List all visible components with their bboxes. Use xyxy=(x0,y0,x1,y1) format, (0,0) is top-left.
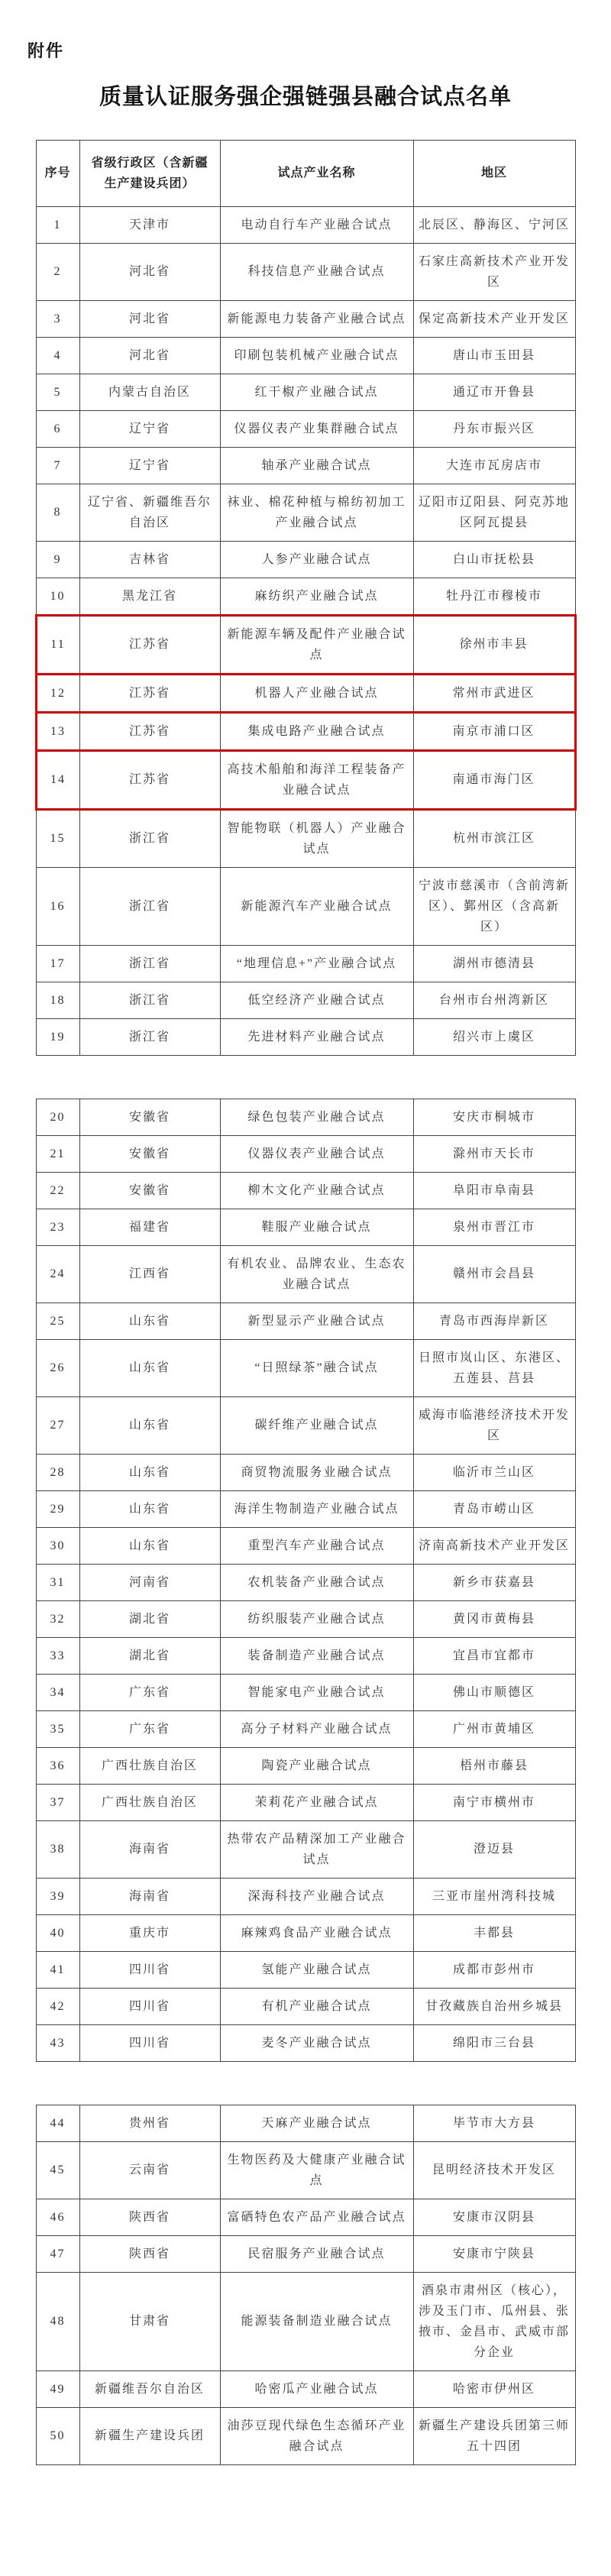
table-row: 11江苏省新能源车辆及配件产业融合试点徐州市丰县 xyxy=(36,615,575,674)
industry-cell: 先进材料产业融合试点 xyxy=(220,1018,413,1055)
industry-cell: 热带农产品精深加工产业融合试点 xyxy=(220,1820,413,1878)
region-cell: 丹东市振兴区 xyxy=(413,410,575,447)
province-cell: 安徽省 xyxy=(79,1135,220,1172)
region-cell: 牡丹江市穆棱市 xyxy=(413,578,575,615)
row-number-cell: 36 xyxy=(36,1747,79,1784)
province-cell: 河北省 xyxy=(79,243,220,300)
region-cell: 南宁市横州市 xyxy=(413,1784,575,1820)
row-number-cell: 10 xyxy=(36,578,79,615)
table-row: 19浙江省先进材料产业融合试点绍兴市上虞区 xyxy=(36,1018,575,1055)
province-cell: 浙江省 xyxy=(79,982,220,1018)
province-cell: 新疆生产建设兵团 xyxy=(79,2407,220,2464)
table-row: 47陕西省民宿服务产业融合试点安康市宁陕县 xyxy=(36,2235,575,2272)
row-number-cell: 48 xyxy=(36,2272,79,2371)
region-cell: 石家庄高新技术产业开发区 xyxy=(413,243,575,300)
industry-cell: 新能源电力装备产业融合试点 xyxy=(220,300,413,337)
table-row: 22安徽省柳木文化产业融合试点阜阳市阜南县 xyxy=(36,1172,575,1209)
region-cell: 保定高新技术产业开发区 xyxy=(413,300,575,337)
province-cell: 内蒙古自治区 xyxy=(79,374,220,410)
row-number-cell: 12 xyxy=(36,674,79,712)
province-cell: 安徽省 xyxy=(79,1172,220,1209)
region-cell: 台州市台州湾新区 xyxy=(413,982,575,1018)
industry-cell: 麦冬产业融合试点 xyxy=(220,2024,413,2061)
row-number-cell: 30 xyxy=(36,1527,79,1564)
table-row: 16浙江省新能源汽车产业融合试点宁波市慈溪市（含前湾新区）、鄞州区（含高新区） xyxy=(36,867,575,945)
industry-cell: 重型汽车产业融合试点 xyxy=(220,1527,413,1564)
province-cell: 河北省 xyxy=(79,337,220,374)
row-number-cell: 18 xyxy=(36,982,79,1018)
region-cell: 青岛市崂山区 xyxy=(413,1490,575,1527)
table-row: 28山东省商贸物流服务业融合试点临沂市兰山区 xyxy=(36,1454,575,1490)
row-number-cell: 13 xyxy=(36,712,79,750)
industry-cell: 有机农业、品牌农业、生态农业融合试点 xyxy=(220,1245,413,1303)
region-cell: 青岛市西海岸新区 xyxy=(413,1303,575,1339)
industry-cell: 印刷包装机械产业融合试点 xyxy=(220,337,413,374)
province-cell: 海南省 xyxy=(79,1878,220,1914)
industry-cell: 陶瓷产业融合试点 xyxy=(220,1747,413,1784)
table-row: 39海南省深海科技产业融合试点三亚市崖州湾科技城 xyxy=(36,1878,575,1914)
table-row: 43四川省麦冬产业融合试点绵阳市三台县 xyxy=(36,2024,575,2061)
industry-cell: 仪器仪表产业融合试点 xyxy=(220,1135,413,1172)
province-cell: 四川省 xyxy=(79,1951,220,1988)
table-row: 25山东省新型显示产业融合试点青岛市西海岸新区 xyxy=(36,1303,575,1339)
pilot-table-section-2: 20安徽省绿色包装产业融合试点安庆市桐城市21安徽省仪器仪表产业融合试点滁州市天… xyxy=(36,1099,576,2062)
province-cell: 吉林省 xyxy=(79,541,220,578)
region-cell: 宁波市慈溪市（含前湾新区）、鄞州区（含高新区） xyxy=(413,867,575,945)
province-cell: 河南省 xyxy=(79,1564,220,1600)
province-cell: 广西壮族自治区 xyxy=(79,1784,220,1820)
region-cell: 常州市武进区 xyxy=(413,674,575,712)
province-cell: 新疆维吾尔自治区 xyxy=(79,2371,220,2407)
industry-cell: “地理信息+”产业融合试点 xyxy=(220,945,413,982)
region-cell: 酒泉市肃州区（核心），涉及玉门市、瓜州县、张掖市、金昌市、武威市部分企业 xyxy=(413,2272,575,2371)
industry-cell: 麻辣鸡食品产业融合试点 xyxy=(220,1914,413,1951)
row-number-cell: 28 xyxy=(36,1454,79,1490)
region-cell: 白山市抚松县 xyxy=(413,541,575,578)
table-row: 40重庆市麻辣鸡食品产业融合试点丰都县 xyxy=(36,1914,575,1951)
region-cell: 日照市岚山区、东港区、五莲县、莒县 xyxy=(413,1339,575,1396)
region-cell: 澄迈县 xyxy=(413,1820,575,1878)
table-row: 37广西壮族自治区茉莉花产业融合试点南宁市横州市 xyxy=(36,1784,575,1820)
province-cell: 安徽省 xyxy=(79,1099,220,1135)
table-row: 44贵州省天麻产业融合试点毕节市大方县 xyxy=(36,2105,575,2141)
row-number-cell: 17 xyxy=(36,945,79,982)
region-cell: 成都市彭州市 xyxy=(413,1951,575,1988)
province-cell: 江苏省 xyxy=(79,674,220,712)
table-row: 35广东省高分子材料产业融合试点广州市黄埔区 xyxy=(36,1710,575,1747)
province-cell: 山东省 xyxy=(79,1339,220,1396)
table-row: 46陕西省富硒特色农产品产业融合试点安康市汉阴县 xyxy=(36,2199,575,2235)
industry-cell: 纺织服装产业融合试点 xyxy=(220,1600,413,1637)
province-cell: 四川省 xyxy=(79,2024,220,2061)
region-cell: 杭州市滨江区 xyxy=(413,809,575,867)
region-cell: 新疆生产建设兵团第三师五十四团 xyxy=(413,2407,575,2464)
region-cell: 唐山市玉田县 xyxy=(413,337,575,374)
region-cell: 辽阳市辽阳县、阿克苏地区阿瓦提县 xyxy=(413,484,575,541)
table-row: 31河南省农机装备产业融合试点新乡市获嘉县 xyxy=(36,1564,575,1600)
table-row: 6辽宁省仪器仪表产业集群融合试点丹东市振兴区 xyxy=(36,410,575,447)
table-row: 2河北省科技信息产业融合试点石家庄高新技术产业开发区 xyxy=(36,243,575,300)
industry-cell: 油莎豆现代绿色生态循环产业融合试点 xyxy=(220,2407,413,2464)
header-row: 序号省级行政区（含新疆生产建设兵团）试点产业名称地区 xyxy=(36,140,575,206)
region-cell: 大连市瓦房店市 xyxy=(413,447,575,484)
row-number-cell: 23 xyxy=(36,1209,79,1245)
industry-cell: 能源装备制造业融合试点 xyxy=(220,2272,413,2371)
region-cell: 南通市海门区 xyxy=(413,750,575,809)
row-number-cell: 14 xyxy=(36,750,79,809)
province-cell: 陕西省 xyxy=(79,2199,220,2235)
row-number-cell: 47 xyxy=(36,2235,79,2272)
industry-cell: 商贸物流服务业融合试点 xyxy=(220,1454,413,1490)
industry-cell: 人参产业融合试点 xyxy=(220,541,413,578)
row-number-cell: 49 xyxy=(36,2371,79,2407)
industry-cell: 民宿服务产业融合试点 xyxy=(220,2235,413,2272)
table-row: 13江苏省集成电路产业融合试点南京市浦口区 xyxy=(36,712,575,750)
region-cell: 安庆市桐城市 xyxy=(413,1099,575,1135)
province-cell: 贵州省 xyxy=(79,2105,220,2141)
province-cell: 云南省 xyxy=(79,2141,220,2199)
row-number-cell: 31 xyxy=(36,1564,79,1600)
province-cell: 湖北省 xyxy=(79,1637,220,1674)
province-cell: 辽宁省、新疆维吾尔自治区 xyxy=(79,484,220,541)
region-cell: 安康市宁陕县 xyxy=(413,2235,575,2272)
table-row: 20安徽省绿色包装产业融合试点安庆市桐城市 xyxy=(36,1099,575,1135)
table-row: 17浙江省“地理信息+”产业融合试点湖州市德清县 xyxy=(36,945,575,982)
industry-cell: 碳纤维产业融合试点 xyxy=(220,1396,413,1454)
row-number-cell: 41 xyxy=(36,1951,79,1988)
row-number-cell: 15 xyxy=(36,809,79,867)
table-row: 32湖北省纺织服装产业融合试点黄冈市黄梅县 xyxy=(36,1600,575,1637)
province-cell: 浙江省 xyxy=(79,945,220,982)
industry-cell: 鞋服产业融合试点 xyxy=(220,1209,413,1245)
table-row: 30山东省重型汽车产业融合试点济南高新技术产业开发区 xyxy=(36,1527,575,1564)
column-header: 序号 xyxy=(36,140,79,206)
table-row: 45云南省生物医药及大健康产业融合试点昆明经济技术开发区 xyxy=(36,2141,575,2199)
column-header: 地区 xyxy=(413,140,575,206)
row-number-cell: 2 xyxy=(36,243,79,300)
region-cell: 徐州市丰县 xyxy=(413,615,575,674)
industry-cell: 轴承产业融合试点 xyxy=(220,447,413,484)
region-cell: 泉州市晋江市 xyxy=(413,1209,575,1245)
table-row: 26山东省“日照绿茶”融合试点日照市岚山区、东港区、五莲县、莒县 xyxy=(36,1339,575,1396)
table-row: 48甘肃省能源装备制造业融合试点酒泉市肃州区（核心），涉及玉门市、瓜州县、张掖市… xyxy=(36,2272,575,2371)
industry-cell: 天麻产业融合试点 xyxy=(220,2105,413,2141)
region-cell: 梧州市藤县 xyxy=(413,1747,575,1784)
table-row: 15浙江省智能物联（机器人）产业融合试点杭州市滨江区 xyxy=(36,809,575,867)
province-cell: 四川省 xyxy=(79,1988,220,2024)
industry-cell: 海洋生物制造产业融合试点 xyxy=(220,1490,413,1527)
region-cell: 赣州市会昌县 xyxy=(413,1245,575,1303)
industry-cell: 新能源汽车产业融合试点 xyxy=(220,867,413,945)
column-header: 省级行政区（含新疆生产建设兵团） xyxy=(79,140,220,206)
row-number-cell: 16 xyxy=(36,867,79,945)
province-cell: 浙江省 xyxy=(79,1018,220,1055)
industry-cell: 绿色包装产业融合试点 xyxy=(220,1099,413,1135)
region-cell: 北辰区、静海区、宁河区 xyxy=(413,206,575,243)
row-number-cell: 3 xyxy=(36,300,79,337)
row-number-cell: 33 xyxy=(36,1637,79,1674)
column-header: 试点产业名称 xyxy=(220,140,413,206)
industry-cell: 富硒特色农产品产业融合试点 xyxy=(220,2199,413,2235)
table-row: 18浙江省低空经济产业融合试点台州市台州湾新区 xyxy=(36,982,575,1018)
province-cell: 山东省 xyxy=(79,1527,220,1564)
region-cell: 通辽市开鲁县 xyxy=(413,374,575,410)
table-row: 38海南省热带农产品精深加工产业融合试点澄迈县 xyxy=(36,1820,575,1878)
row-number-cell: 40 xyxy=(36,1914,79,1951)
province-cell: 江苏省 xyxy=(79,712,220,750)
province-cell: 海南省 xyxy=(79,1820,220,1878)
row-number-cell: 45 xyxy=(36,2141,79,2199)
province-cell: 山东省 xyxy=(79,1303,220,1339)
province-cell: 重庆市 xyxy=(79,1914,220,1951)
industry-cell: 哈密瓜产业融合试点 xyxy=(220,2371,413,2407)
industry-cell: 机器人产业融合试点 xyxy=(220,674,413,712)
province-cell: 江苏省 xyxy=(79,615,220,674)
region-cell: 甘孜藏族自治州乡城县 xyxy=(413,1988,575,2024)
row-number-cell: 25 xyxy=(36,1303,79,1339)
industry-cell: 仪器仪表产业集群融合试点 xyxy=(220,410,413,447)
table-row: 9吉林省人参产业融合试点白山市抚松县 xyxy=(36,541,575,578)
table-row: 7辽宁省轴承产业融合试点大连市瓦房店市 xyxy=(36,447,575,484)
industry-cell: 低空经济产业融合试点 xyxy=(220,982,413,1018)
region-cell: 安康市汉阴县 xyxy=(413,2199,575,2235)
row-number-cell: 4 xyxy=(36,337,79,374)
row-number-cell: 8 xyxy=(36,484,79,541)
row-number-cell: 44 xyxy=(36,2105,79,2141)
table-row: 21安徽省仪器仪表产业融合试点滁州市天长市 xyxy=(36,1135,575,1172)
region-cell: 丰都县 xyxy=(413,1914,575,1951)
row-number-cell: 50 xyxy=(36,2407,79,2464)
pilot-table-section-1: 序号省级行政区（含新疆生产建设兵团）试点产业名称地区1天津市电动自行车产业融合试… xyxy=(35,140,577,1056)
table-row: 34广东省智能家电产业融合试点佛山市顺德区 xyxy=(36,1674,575,1710)
region-cell: 哈密市伊州区 xyxy=(413,2371,575,2407)
province-cell: 辽宁省 xyxy=(79,447,220,484)
industry-cell: 高分子材料产业融合试点 xyxy=(220,1710,413,1747)
industry-cell: 有机产业融合试点 xyxy=(220,1988,413,2024)
table-row: 50新疆生产建设兵团油莎豆现代绿色生态循环产业融合试点新疆生产建设兵团第三师五十… xyxy=(36,2407,575,2464)
row-number-cell: 19 xyxy=(36,1018,79,1055)
region-cell: 威海市临港经济技术开发区 xyxy=(413,1396,575,1454)
region-cell: 宜昌市宜都市 xyxy=(413,1637,575,1674)
region-cell: 广州市黄埔区 xyxy=(413,1710,575,1747)
region-cell: 湖州市德清县 xyxy=(413,945,575,982)
region-cell: 绍兴市上虞区 xyxy=(413,1018,575,1055)
row-number-cell: 42 xyxy=(36,1988,79,2024)
table-row: 1天津市电动自行车产业融合试点北辰区、静海区、宁河区 xyxy=(36,206,575,243)
province-cell: 浙江省 xyxy=(79,867,220,945)
province-cell: 辽宁省 xyxy=(79,410,220,447)
province-cell: 福建省 xyxy=(79,1209,220,1245)
province-cell: 陕西省 xyxy=(79,2235,220,2272)
row-number-cell: 7 xyxy=(36,447,79,484)
industry-cell: 麻纺织产业融合试点 xyxy=(220,578,413,615)
region-cell: 临沂市兰山区 xyxy=(413,1454,575,1490)
table-row: 42四川省有机产业融合试点甘孜藏族自治州乡城县 xyxy=(36,1988,575,2024)
industry-cell: 红干椒产业融合试点 xyxy=(220,374,413,410)
region-cell: 昆明经济技术开发区 xyxy=(413,2141,575,2199)
province-cell: 山东省 xyxy=(79,1454,220,1490)
region-cell: 阜阳市阜南县 xyxy=(413,1172,575,1209)
industry-cell: 农机装备产业融合试点 xyxy=(220,1564,413,1600)
table-row: 8辽宁省、新疆维吾尔自治区袜业、棉花种植与棉纺初加工产业融合试点辽阳市辽阳县、阿… xyxy=(36,484,575,541)
industry-cell: 袜业、棉花种植与棉纺初加工产业融合试点 xyxy=(220,484,413,541)
province-cell: 黑龙江省 xyxy=(79,578,220,615)
row-number-cell: 21 xyxy=(36,1135,79,1172)
pilot-table-section-3: 44贵州省天麻产业融合试点毕节市大方县45云南省生物医药及大健康产业融合试点昆明… xyxy=(36,2105,576,2465)
row-number-cell: 38 xyxy=(36,1820,79,1878)
row-number-cell: 27 xyxy=(36,1396,79,1454)
table-row: 4河北省印刷包装机械产业融合试点唐山市玉田县 xyxy=(36,337,575,374)
province-cell: 甘肃省 xyxy=(79,2272,220,2371)
province-cell: 天津市 xyxy=(79,206,220,243)
industry-cell: 高技术船舶和海洋工程装备产业融合试点 xyxy=(220,750,413,809)
row-number-cell: 9 xyxy=(36,541,79,578)
row-number-cell: 34 xyxy=(36,1674,79,1710)
tables-container: 序号省级行政区（含新疆生产建设兵团）试点产业名称地区1天津市电动自行车产业融合试… xyxy=(0,140,611,2465)
row-number-cell: 24 xyxy=(36,1245,79,1303)
attachment-label: 附件 xyxy=(27,38,611,62)
row-number-cell: 46 xyxy=(36,2199,79,2235)
table-row: 23福建省鞋服产业融合试点泉州市晋江市 xyxy=(36,1209,575,1245)
industry-cell: 生物医药及大健康产业融合试点 xyxy=(220,2141,413,2199)
province-cell: 广西壮族自治区 xyxy=(79,1747,220,1784)
region-cell: 绵阳市三台县 xyxy=(413,2024,575,2061)
row-number-cell: 43 xyxy=(36,2024,79,2061)
province-cell: 河北省 xyxy=(79,300,220,337)
industry-cell: 新能源车辆及配件产业融合试点 xyxy=(220,615,413,674)
table-row: 5内蒙古自治区红干椒产业融合试点通辽市开鲁县 xyxy=(36,374,575,410)
row-number-cell: 37 xyxy=(36,1784,79,1820)
row-number-cell: 1 xyxy=(36,206,79,243)
row-number-cell: 22 xyxy=(36,1172,79,1209)
region-cell: 新乡市获嘉县 xyxy=(413,1564,575,1600)
row-number-cell: 35 xyxy=(36,1710,79,1747)
industry-cell: 深海科技产业融合试点 xyxy=(220,1878,413,1914)
industry-cell: 电动自行车产业融合试点 xyxy=(220,206,413,243)
industry-cell: “日照绿茶”融合试点 xyxy=(220,1339,413,1396)
province-cell: 广东省 xyxy=(79,1710,220,1747)
table-row: 10黑龙江省麻纺织产业融合试点牡丹江市穆棱市 xyxy=(36,578,575,615)
row-number-cell: 11 xyxy=(36,615,79,674)
table-row: 27山东省碳纤维产业融合试点威海市临港经济技术开发区 xyxy=(36,1396,575,1454)
industry-cell: 新型显示产业融合试点 xyxy=(220,1303,413,1339)
region-cell: 滁州市天长市 xyxy=(413,1135,575,1172)
row-number-cell: 6 xyxy=(36,410,79,447)
table-row: 41四川省氢能产业融合试点成都市彭州市 xyxy=(36,1951,575,1988)
province-cell: 江苏省 xyxy=(79,750,220,809)
table-row: 36广西壮族自治区陶瓷产业融合试点梧州市藤县 xyxy=(36,1747,575,1784)
industry-cell: 智能家电产业融合试点 xyxy=(220,1674,413,1710)
industry-cell: 集成电路产业融合试点 xyxy=(220,712,413,750)
region-cell: 佛山市顺德区 xyxy=(413,1674,575,1710)
province-cell: 山东省 xyxy=(79,1396,220,1454)
industry-cell: 茉莉花产业融合试点 xyxy=(220,1784,413,1820)
row-number-cell: 32 xyxy=(36,1600,79,1637)
table-row: 29山东省海洋生物制造产业融合试点青岛市崂山区 xyxy=(36,1490,575,1527)
table-row: 33湖北省装备制造产业融合试点宜昌市宜都市 xyxy=(36,1637,575,1674)
province-cell: 山东省 xyxy=(79,1490,220,1527)
industry-cell: 装备制造产业融合试点 xyxy=(220,1637,413,1674)
table-row: 14江苏省高技术船舶和海洋工程装备产业融合试点南通市海门区 xyxy=(36,750,575,809)
region-cell: 黄冈市黄梅县 xyxy=(413,1600,575,1637)
table-row: 3河北省新能源电力装备产业融合试点保定高新技术产业开发区 xyxy=(36,300,575,337)
row-number-cell: 29 xyxy=(36,1490,79,1527)
region-cell: 南京市浦口区 xyxy=(413,712,575,750)
row-number-cell: 26 xyxy=(36,1339,79,1396)
industry-cell: 氢能产业融合试点 xyxy=(220,1951,413,1988)
row-number-cell: 5 xyxy=(36,374,79,410)
table-row: 49新疆维吾尔自治区哈密瓜产业融合试点哈密市伊州区 xyxy=(36,2371,575,2407)
industry-cell: 柳木文化产业融合试点 xyxy=(220,1172,413,1209)
industry-cell: 科技信息产业融合试点 xyxy=(220,243,413,300)
row-number-cell: 39 xyxy=(36,1878,79,1914)
region-cell: 三亚市崖州湾科技城 xyxy=(413,1878,575,1914)
region-cell: 济南高新技术产业开发区 xyxy=(413,1527,575,1564)
province-cell: 广东省 xyxy=(79,1674,220,1710)
region-cell: 毕节市大方县 xyxy=(413,2105,575,2141)
row-number-cell: 20 xyxy=(36,1099,79,1135)
province-cell: 江西省 xyxy=(79,1245,220,1303)
table-row: 12江苏省机器人产业融合试点常州市武进区 xyxy=(36,674,575,712)
industry-cell: 智能物联（机器人）产业融合试点 xyxy=(220,809,413,867)
province-cell: 浙江省 xyxy=(79,809,220,867)
table-row: 24江西省有机农业、品牌农业、生态农业融合试点赣州市会昌县 xyxy=(36,1245,575,1303)
province-cell: 湖北省 xyxy=(79,1600,220,1637)
page-title: 质量认证服务强企强链强县融合试点名单 xyxy=(0,83,611,112)
